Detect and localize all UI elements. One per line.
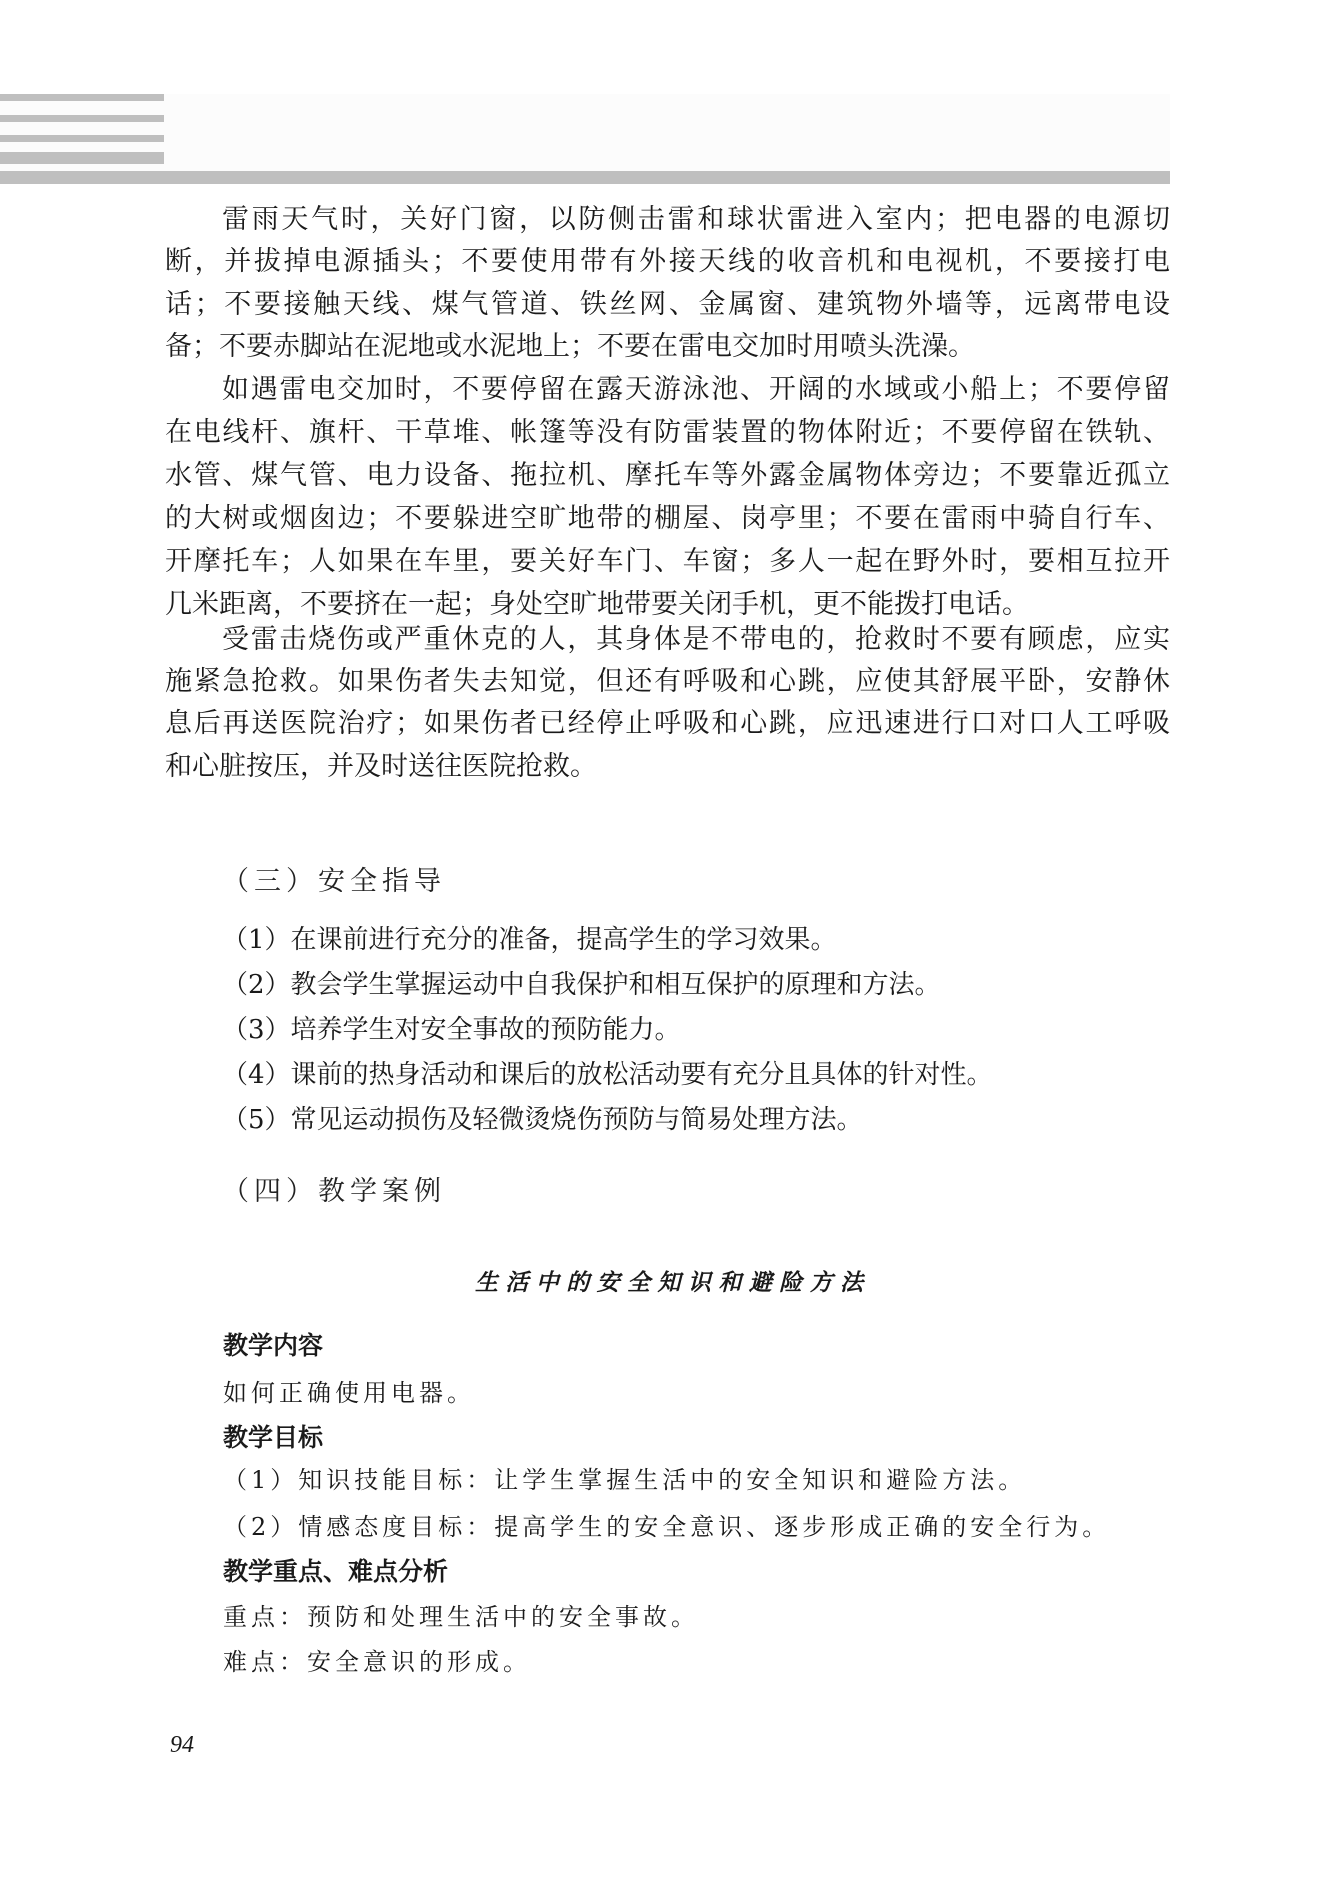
text-line: 雷雨天气时，关好门窗，以防侧击雷和球状雷进入室内；把电器的电源切 — [222, 199, 1170, 241]
goal-item: （1）知识技能目标：让学生掌握生活中的安全知识和避险方法。 — [223, 1462, 1026, 1498]
page-number: 94 — [170, 1732, 194, 1759]
header-bar — [0, 135, 164, 142]
list-item: （4）课前的热身活动和课后的放松活动要有充分且具体的针对性。 — [222, 1055, 993, 1095]
text-line: 断，并拔掉电源插头；不要使用带有外接天线的收音机和电视机，不要接打电 — [165, 241, 1170, 283]
header-band — [0, 94, 1170, 171]
header-bar — [0, 152, 164, 164]
subheading-teaching-content: 教学内容 — [223, 1328, 323, 1364]
section-heading-teaching-case: （四）教学案例 — [222, 1171, 446, 1213]
text-line: 话；不要接触天线、煤气管道、铁丝网、金属窗、建筑物外墙等，远离带电设 — [165, 284, 1170, 326]
text-line: 受雷击烧伤或严重休克的人，其身体是不带电的，抢救时不要有顾虑，应实 — [222, 619, 1170, 661]
subheading-teaching-goals: 教学目标 — [223, 1420, 323, 1456]
text-line: 的大树或烟囱边；不要躲进空旷地带的棚屋、岗亭里；不要在雷雨中骑自行车、 — [165, 498, 1170, 540]
text-line: 如遇雷电交加时，不要停留在露天游泳池、开阔的水域或小船上；不要停留 — [222, 369, 1170, 411]
list-item: （3）培养学生对安全事故的预防能力。 — [222, 1010, 681, 1050]
section-heading-safety-guidance: （三）安全指导 — [222, 861, 446, 903]
subheading-key-difficult-analysis: 教学重点、难点分析 — [223, 1554, 448, 1590]
header-rule — [0, 171, 1170, 184]
text-line: 施紧急抢救。如果伤者失去知觉，但还有呼吸和心跳，应使其舒展平卧，安静休 — [165, 661, 1170, 703]
list-item: （1）在课前进行充分的准备，提高学生的学习效果。 — [222, 920, 837, 960]
text-line: 备；不要赤脚站在泥地或水泥地上；不要在雷电交加时用喷头洗澡。 — [165, 326, 1170, 368]
case-title: 生活中的安全知识和避险方法 — [475, 1266, 863, 1300]
text-line: 开摩托车；人如果在车里，要关好车门、车窗；多人一起在野外时，要相互拉开 — [165, 541, 1170, 583]
text-line: 在电线杆、旗杆、干草堆、帐篷等没有防雷装置的物体附近；不要停留在铁轨、 — [165, 412, 1170, 454]
header-bar — [0, 115, 164, 122]
list-item: （5）常见运动损伤及轻微烫烧伤预防与简易处理方法。 — [222, 1100, 863, 1140]
header-bar — [0, 94, 164, 101]
key-point-text: 重点：预防和处理生活中的安全事故。 — [223, 1599, 699, 1635]
text-line: 和心脏按压，并及时送往医院抢救。 — [165, 746, 1170, 788]
goal-item: （2）情感态度目标：提高学生的安全意识、逐步形成正确的安全行为。 — [223, 1509, 1110, 1545]
teaching-content-text: 如何正确使用电器。 — [223, 1375, 475, 1411]
list-item: （2）教会学生掌握运动中自我保护和相互保护的原理和方法。 — [222, 965, 941, 1005]
difficult-point-text: 难点：安全意识的形成。 — [223, 1644, 531, 1680]
text-line: 息后再送医院治疗；如果伤者已经停止呼吸和心跳，应迅速进行口对口人工呼吸 — [165, 703, 1170, 745]
text-line: 水管、煤气管、电力设备、拖拉机、摩托车等外露金属物体旁边；不要靠近孤立 — [165, 455, 1170, 497]
